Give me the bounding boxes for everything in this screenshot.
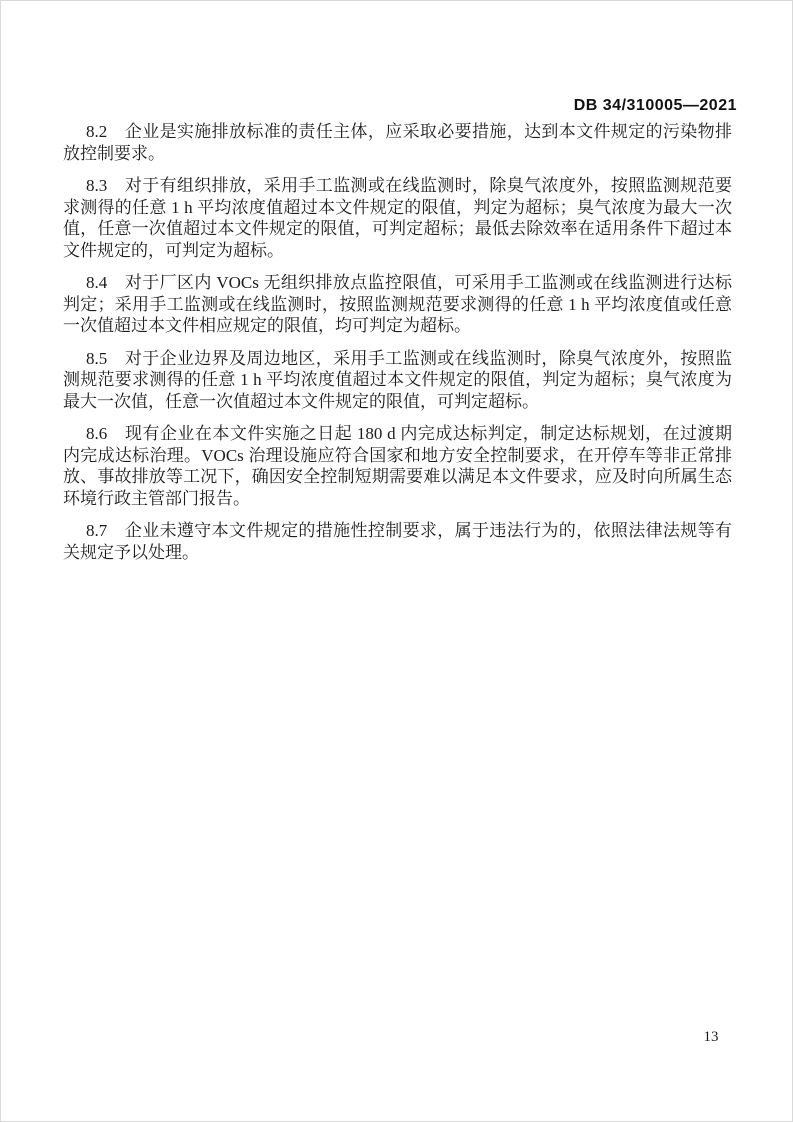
clause-text: 企业是实施排放标准的责任主体，应采取必要措施，达到本文件规定的污染物排放控制要求… xyxy=(63,122,732,163)
clause-8-6: 8.6 现有企业在本文件实施之日起 180 d 内完成达标判定，制定达标规划，在… xyxy=(63,423,732,509)
page-footer: 13 xyxy=(681,1029,741,1046)
clause-8-3: 8.3 对于有组织排放，采用手工监测或在线监测时，除臭气浓度外，按照监测规范要求… xyxy=(63,175,732,261)
clause-text: 对于有组织排放，采用手工监测或在线监测时，除臭气浓度外，按照监测规范要求测得的任… xyxy=(63,176,732,260)
clause-8-4: 8.4 对于厂区内 VOCs 无组织排放点监控限值，可采用手工监测或在线监测进行… xyxy=(63,272,732,337)
clause-number: 8.4 xyxy=(86,273,107,292)
clause-number: 8.5 xyxy=(86,349,107,368)
clause-text: 企业未遵守本文件规定的措施性控制要求，属于违法行为的，依照法律法规等有关规定予以… xyxy=(63,521,732,562)
clause-number: 8.2 xyxy=(86,122,107,141)
document-body: 8.2 企业是实施排放标准的责任主体，应采取必要措施，达到本文件规定的污染物排放… xyxy=(63,121,732,574)
page-header: DB 34/310005—2021 xyxy=(574,97,737,115)
clause-8-7: 8.7 企业未遵守本文件规定的措施性控制要求，属于违法行为的，依照法律法规等有关… xyxy=(63,520,732,563)
page-number: 13 xyxy=(704,1029,719,1045)
document-page: DB 34/310005—2021 8.2 企业是实施排放标准的责任主体，应采取… xyxy=(0,0,793,1122)
standard-code: DB 34/310005—2021 xyxy=(574,97,737,114)
clause-8-5: 8.5 对于企业边界及周边地区，采用手工监测或在线监测时，除臭气浓度外，按照监测… xyxy=(63,348,732,413)
clause-number: 8.6 xyxy=(86,424,107,443)
clause-text: 对于企业边界及周边地区，采用手工监测或在线监测时，除臭气浓度外，按照监测规范要求… xyxy=(63,349,732,411)
clause-text: 对于厂区内 VOCs 无组织排放点监控限值，可采用手工监测或在线监测进行达标判定… xyxy=(63,273,732,335)
clause-text: 现有企业在本文件实施之日起 180 d 内完成达标判定，制定达标规划，在过渡期内… xyxy=(63,424,732,508)
clause-8-2: 8.2 企业是实施排放标准的责任主体，应采取必要措施，达到本文件规定的污染物排放… xyxy=(63,121,732,164)
clause-number: 8.7 xyxy=(86,521,107,540)
clause-number: 8.3 xyxy=(86,176,107,195)
